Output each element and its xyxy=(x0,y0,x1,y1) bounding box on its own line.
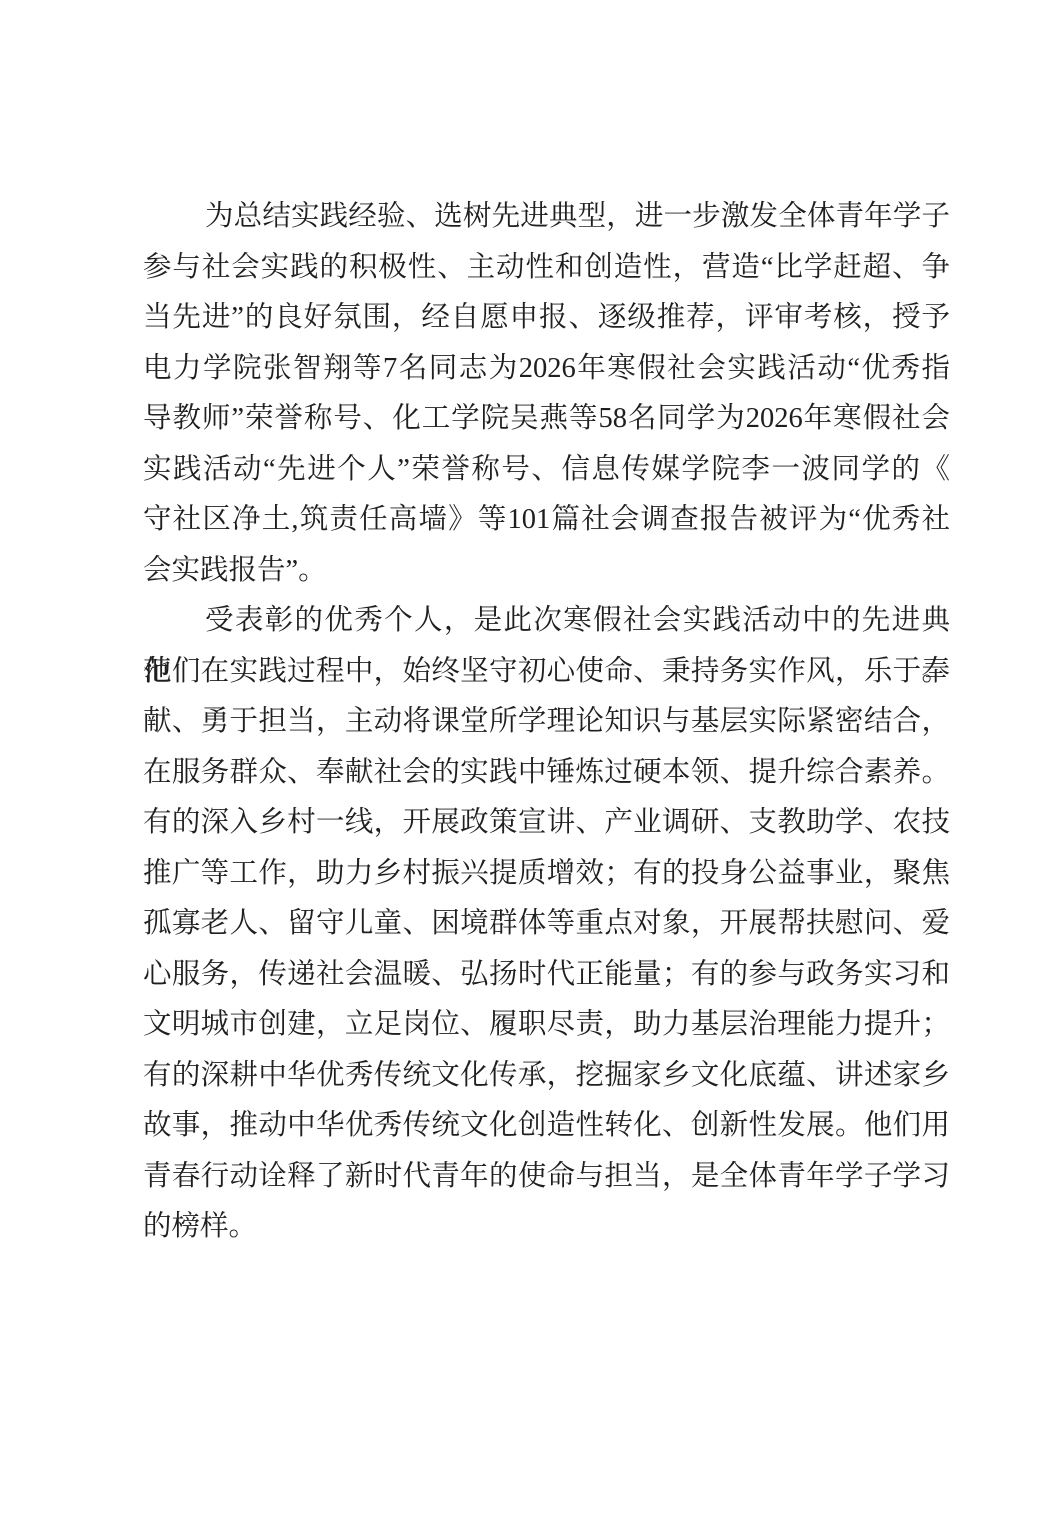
text-line: 的榜样。 xyxy=(143,1202,950,1253)
text-line: 孤寡老人、留守儿童、困境群体等重点对象，开展帮扶慰问、爱 xyxy=(143,899,950,950)
text-line: 为总结实践经验、选树先进典型，进一步激发全体青年学子 xyxy=(143,192,950,243)
text-line: 心服务，传递社会温暖、弘扬时代正能量；有的参与政务实习和 xyxy=(143,950,950,1001)
text-line: 会实践报告”。 xyxy=(143,546,950,597)
text-line: 他们在实践过程中，始终坚守初心使命、秉持务实作风，乐于奉 xyxy=(143,647,950,698)
text-line: 实践活动“先进个人”荣誉称号、信息传媒学院李一波同学的《 xyxy=(143,445,950,496)
text-line: 青春行动诠释了新时代青年的使命与担当，是全体青年学子学习 xyxy=(143,1152,950,1203)
text-line: 故事，推动中华优秀传统文化创造性转化、创新性发展。他们用 xyxy=(143,1101,950,1152)
text-line: 电力学院张智翔等7名同志为2026年寒假社会实践活动“优秀指 xyxy=(143,344,950,395)
document-page: 为总结实践经验、选树先进典型，进一步激发全体青年学子参与社会实践的积极性、主动性… xyxy=(0,0,1052,1518)
text-line: 参与社会实践的积极性、主动性和创造性，营造“比学赶超、争 xyxy=(143,243,950,294)
text-line: 导教师”荣誉称号、化工学院吴燕等58名同学为2026年寒假社会 xyxy=(143,394,950,445)
text-line: 受表彰的优秀个人，是此次寒假社会实践活动中的先进典范。 xyxy=(143,596,950,647)
text-line: 献、勇于担当，主动将课堂所学理论知识与基层实际紧密结合， xyxy=(143,697,950,748)
text-line: 有的深入乡村一线，开展政策宣讲、产业调研、支教助学、农技 xyxy=(143,798,950,849)
text-line: 守社区净土,筑责任高墙》等101篇社会调查报告被评为“优秀社 xyxy=(143,495,950,546)
text-line: 文明城市创建，立足岗位、履职尽责，助力基层治理能力提升； xyxy=(143,1000,950,1051)
text-line: 有的深耕中华优秀传统文化传承，挖掘家乡文化底蕴、讲述家乡 xyxy=(143,1051,950,1102)
paragraph-1: 为总结实践经验、选树先进典型，进一步激发全体青年学子参与社会实践的积极性、主动性… xyxy=(143,192,950,596)
paragraph-2: 受表彰的优秀个人，是此次寒假社会实践活动中的先进典范。他们在实践过程中，始终坚守… xyxy=(143,596,950,1253)
text-line: 推广等工作，助力乡村振兴提质增效；有的投身公益事业，聚焦 xyxy=(143,849,950,900)
text-block: 为总结实践经验、选树先进典型，进一步激发全体青年学子参与社会实践的积极性、主动性… xyxy=(143,192,950,1253)
text-line: 在服务群众、奉献社会的实践中锤炼过硬本领、提升综合素养。 xyxy=(143,748,950,799)
text-line: 当先进”的良好氛围，经自愿申报、逐级推荐，评审考核，授予 xyxy=(143,293,950,344)
